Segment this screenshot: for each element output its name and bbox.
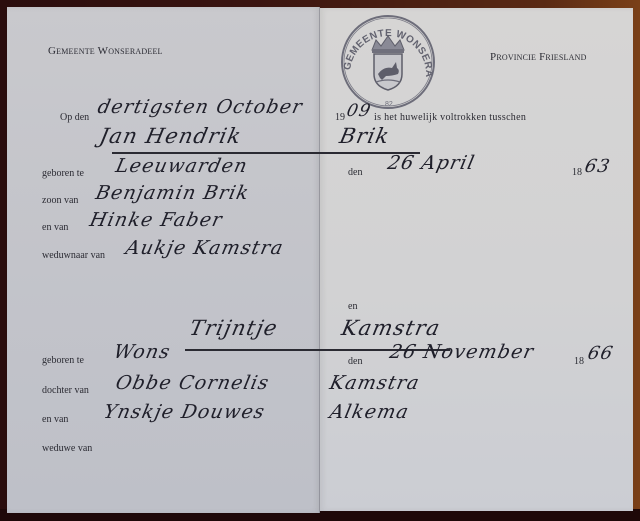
op-den-label: Op den [60,112,89,123]
marriage-year-handwritten: 09 [345,101,373,121]
bride-father-surname: Kamstra [328,372,422,394]
bride-mother-surname: Alkema [328,401,412,423]
groom-widower-label: weduwnaar van [42,250,105,261]
bride-widow-label: weduwe van [42,443,92,454]
bride-mother-label: en van [42,414,68,425]
bride-birthplace: Wons [112,341,173,363]
page-fold [319,7,320,513]
bride-mother-given: Ynskje Douwes [102,401,268,423]
marriage-date-handwritten: dertigsten October [96,96,305,118]
bride-den-label: den [348,356,362,367]
municipality-header: Gemeente Wonseradeel [48,45,163,57]
groom-surname: Brik [337,124,392,148]
en-connector: en [348,301,357,312]
groom-birth-year-handwritten: 63 [583,156,613,177]
bride-birth-year-handwritten: 66 [586,343,616,364]
groom-name-rule [112,152,420,154]
seal-mark: 82 [385,101,393,108]
groom-den-label: den [348,167,362,178]
groom-father: Benjamin Brik [94,182,252,204]
bride-father-given: Obbe Cornelis [114,372,272,394]
bride-given-names: Trijntje [187,316,280,340]
marriage-year-prefix: 19 [335,112,345,123]
groom-born-label: geboren te [42,168,84,179]
municipal-seal-icon: GEMEENTE WONSERADEEL 82 [336,12,440,112]
groom-mother: Hinke Faber [88,209,225,231]
groom-birth-year-prefix: 18 [572,167,582,178]
bride-father-label: dochter van [42,385,89,396]
groom-given-names: Jan Hendrik [97,124,244,148]
bride-surname: Kamstra [339,316,442,340]
province-header: Provincie Friesland [490,51,587,63]
groom-widower-of: Aukje Kamstra [124,237,286,259]
intro-suffix: is het huwelijk voltrokken tusschen [374,112,526,123]
bride-born-label: geboren te [42,355,84,366]
groom-birth-date: 26 April [386,152,478,174]
groom-mother-label: en van [42,222,68,233]
groom-father-label: zoon van [42,195,78,206]
bride-birth-year-prefix: 18 [574,356,584,367]
bride-birth-date: 26 November [388,341,537,363]
groom-birthplace: Leeuwarden [114,155,250,177]
